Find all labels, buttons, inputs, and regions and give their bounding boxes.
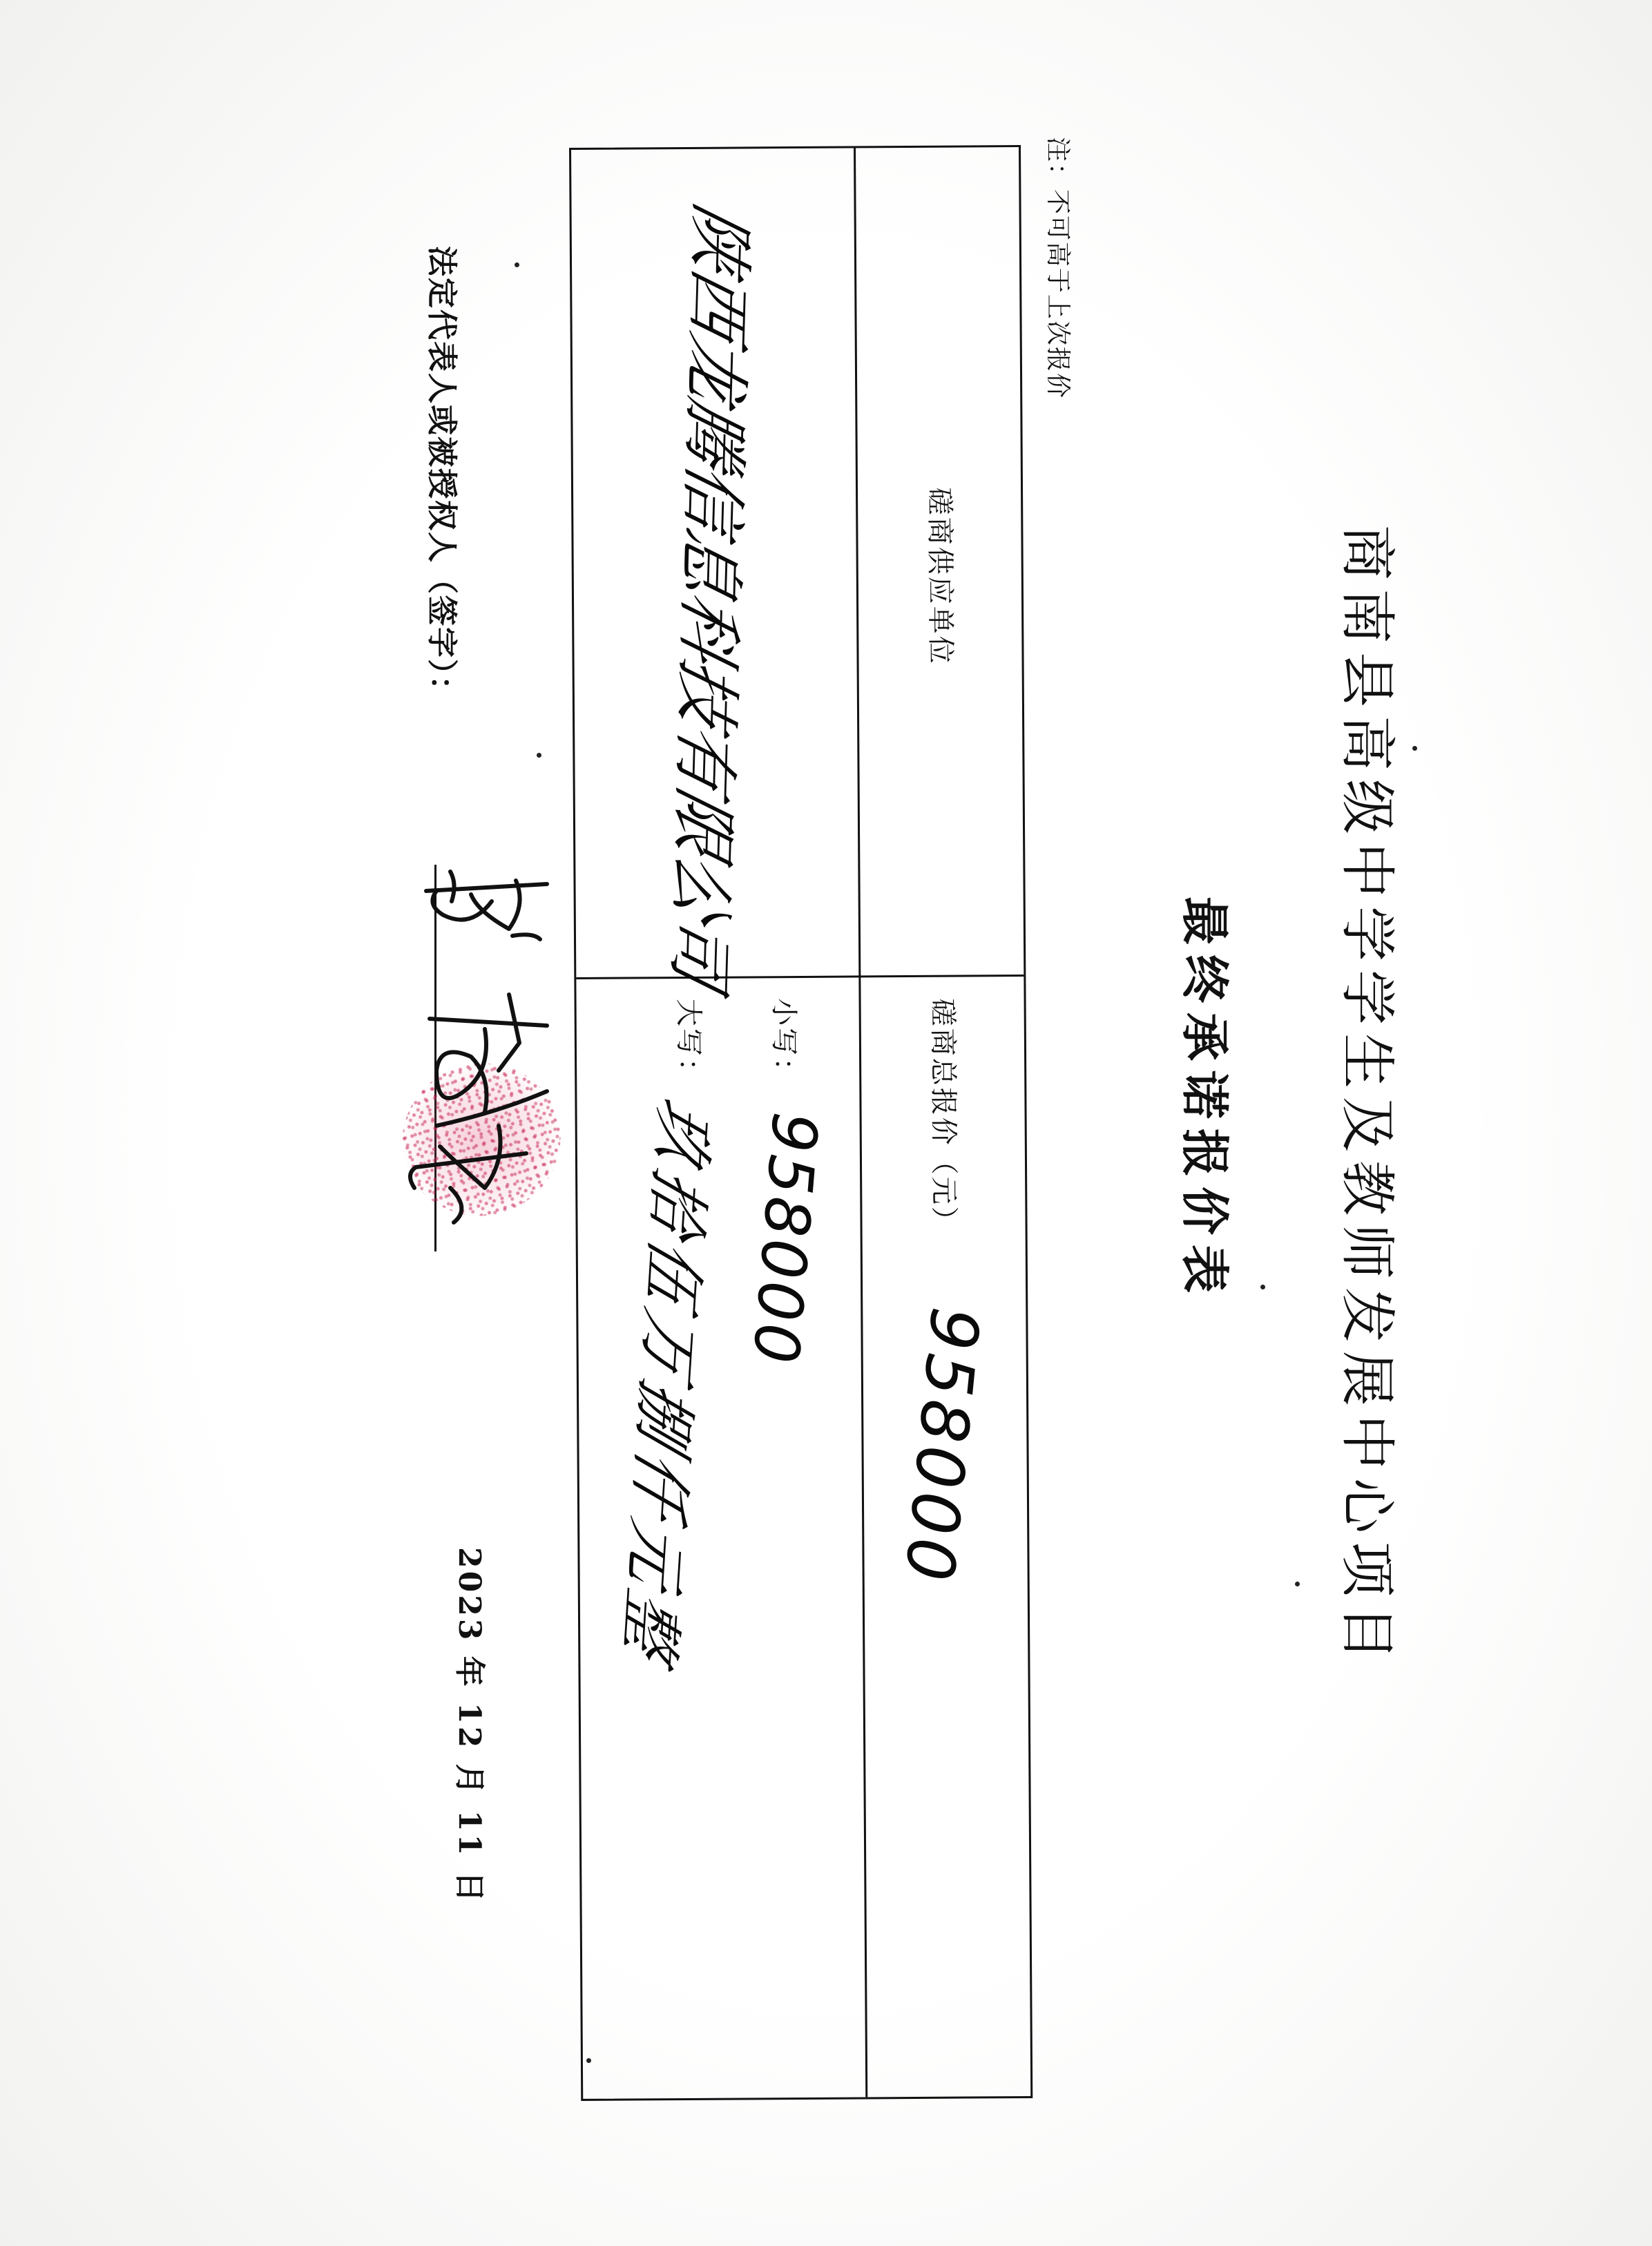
amount-words-label: 大写：	[671, 999, 711, 1088]
scan-speck	[1295, 1582, 1300, 1586]
note-text: 注：不可高于上次报价	[1042, 137, 1077, 399]
table-row-divider	[854, 148, 867, 2097]
signature	[395, 863, 575, 1278]
project-title: 商南县高级中学学生及教师发展中心项目	[1332, 525, 1412, 1561]
scan-speck	[537, 753, 541, 758]
quote-table: 磋商供应单位 磋商总报价（元） 958000 陕西龙腾信息科技有限公司 小写： …	[569, 145, 1032, 2101]
quote-form-page: 商南县高级中学学生及教师发展中心项目 最终承诺报价表 注：不可高于上次报价 磋商…	[0, 0, 1652, 2246]
amount-figures-value: 958000	[738, 1110, 831, 1369]
scan-speck	[1412, 746, 1417, 751]
scan-speck	[1260, 1285, 1265, 1289]
table-column-divider	[576, 975, 1024, 979]
form-title: 最终承诺报价表	[1173, 896, 1243, 1303]
total-price-value: 958000	[890, 1304, 994, 1588]
total-price-header: 磋商总报价（元）	[925, 999, 966, 1236]
scan-speck	[586, 2058, 591, 2063]
amount-words-value: 玖拾伍万捌仟元整	[608, 1088, 734, 1679]
scan-speck	[515, 262, 519, 267]
signature-strokes-icon	[395, 863, 575, 1278]
signature-label: 法定代表人或被授权人（签字）：	[423, 246, 467, 707]
supplier-header: 磋商供应单位	[922, 488, 963, 666]
date-text: 2023 年 12 月 11 日	[450, 1547, 494, 1905]
amount-figures-label: 小写：	[767, 998, 807, 1087]
supplier-name-value: 陕西龙腾信息科技有限公司	[657, 195, 774, 997]
